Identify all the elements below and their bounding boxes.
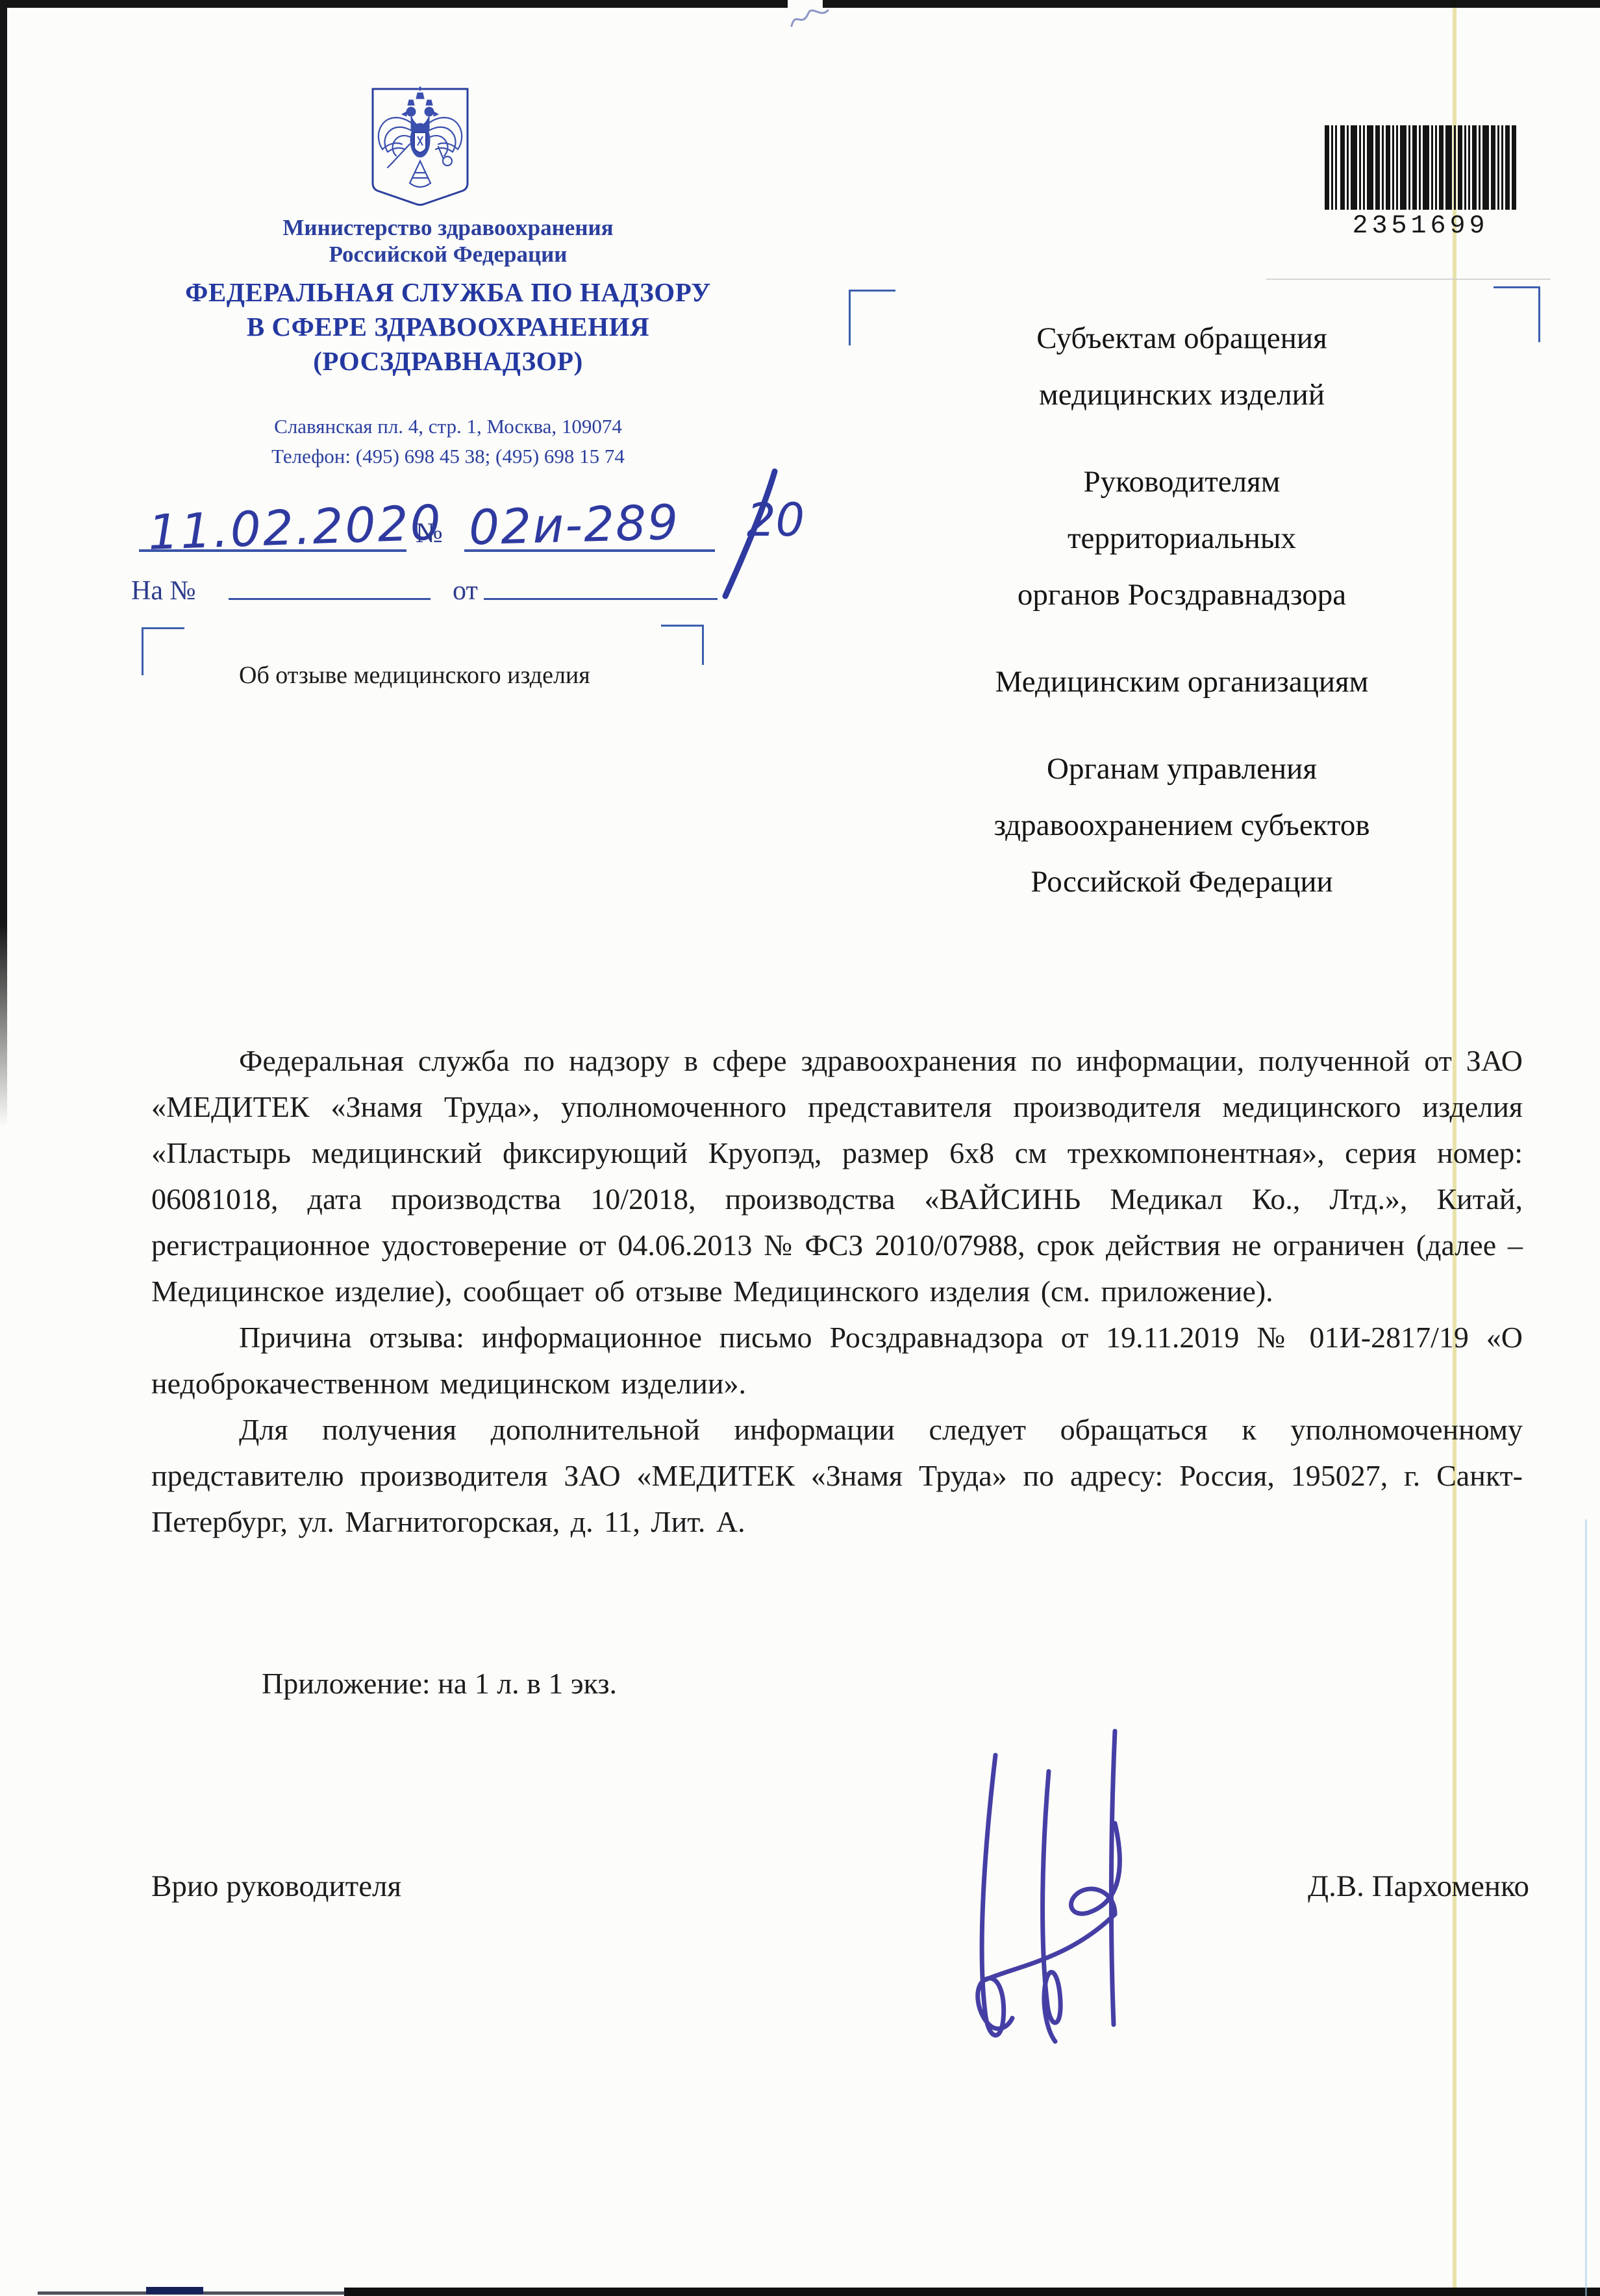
- scan-artifact-left-edge: [0, 0, 7, 1127]
- phone-line: Телефон: (495) 698 45 38; (495) 698 15 7…: [156, 442, 740, 471]
- letter-body: Федеральная служба по надзору в сфере зд…: [151, 1038, 1523, 1545]
- address-line: Славянская пл. 4, стр. 1, Москва, 109074: [156, 412, 740, 442]
- service-name-line2: В СФЕРЕ ЗДРАВООХРАНЕНИЯ: [117, 310, 779, 344]
- service-name: ФЕДЕРАЛЬНАЯ СЛУЖБА ПО НАДЗОРУ В СФЕРЕ ЗД…: [117, 275, 779, 379]
- body-paragraph: Причина отзыва: информационное письмо Ро…: [151, 1314, 1523, 1406]
- subject-line: Об отзыве медицинского изделия: [239, 661, 590, 690]
- addressee-item: Медицинским организациям: [864, 654, 1500, 710]
- scan-artifact-blue-line: [1585, 1519, 1587, 2296]
- scanned-letter-page: Министерство здравоохранения Российской …: [0, 0, 1600, 2296]
- handwritten-signature: [945, 1719, 1166, 2073]
- scan-artifact-bottom-blob: [146, 2287, 203, 2294]
- signature-name: Д.В. Пархоменко: [1308, 1869, 1529, 1904]
- contact-block: Славянская пл. 4, стр. 1, Москва, 109074…: [156, 412, 740, 471]
- addressee-block: Субъектам обращения медицинских изделий …: [864, 310, 1500, 941]
- pen-mark: [782, 4, 834, 32]
- russian-eagle-emblem-icon: [368, 84, 472, 208]
- reply-number-blank-line: [229, 598, 431, 600]
- service-name-line1: ФЕДЕРАЛЬНАЯ СЛУЖБА ПО НАДЗОРУ: [117, 275, 779, 310]
- reply-number-label: На №: [131, 575, 196, 606]
- signature-position-title: Врио руководителя: [151, 1869, 401, 1904]
- scan-artifact-faint-line: [1266, 279, 1551, 280]
- date-underline: [139, 549, 406, 552]
- number-underline: [464, 549, 715, 552]
- barcode-number: 2351699: [1318, 212, 1523, 241]
- addressee-item: Субъектам обращения медицинских изделий: [864, 310, 1500, 423]
- ministry-name-line1: Министерство здравоохранения: [156, 214, 740, 241]
- handwritten-number: 02и-289: [468, 495, 680, 556]
- addressee-item: Органам управления здравоохранением субъ…: [864, 741, 1500, 910]
- body-paragraph: Федеральная служба по надзору в сфере зд…: [151, 1038, 1523, 1314]
- ministry-name-line2: Российской Федерации: [156, 241, 740, 268]
- scan-artifact-bottom-edge: [344, 2288, 1600, 2296]
- number-sign: №: [416, 516, 443, 549]
- service-name-line3: (РОСЗДРАВНАДЗОР): [117, 344, 779, 379]
- barcode-image: [1325, 125, 1516, 210]
- ministry-name: Министерство здравоохранения Российской …: [156, 214, 740, 268]
- handwritten-number-suffix: 20: [747, 493, 805, 547]
- body-paragraph: Для получения дополнительной информации …: [151, 1406, 1523, 1545]
- reply-from-label: от: [453, 575, 478, 606]
- addressee-item: Руководителям территориальных органов Ро…: [864, 454, 1500, 623]
- reply-date-blank-line: [484, 598, 718, 600]
- attachment-line: Приложение: на 1 л. в 1 экз.: [151, 1666, 1523, 1701]
